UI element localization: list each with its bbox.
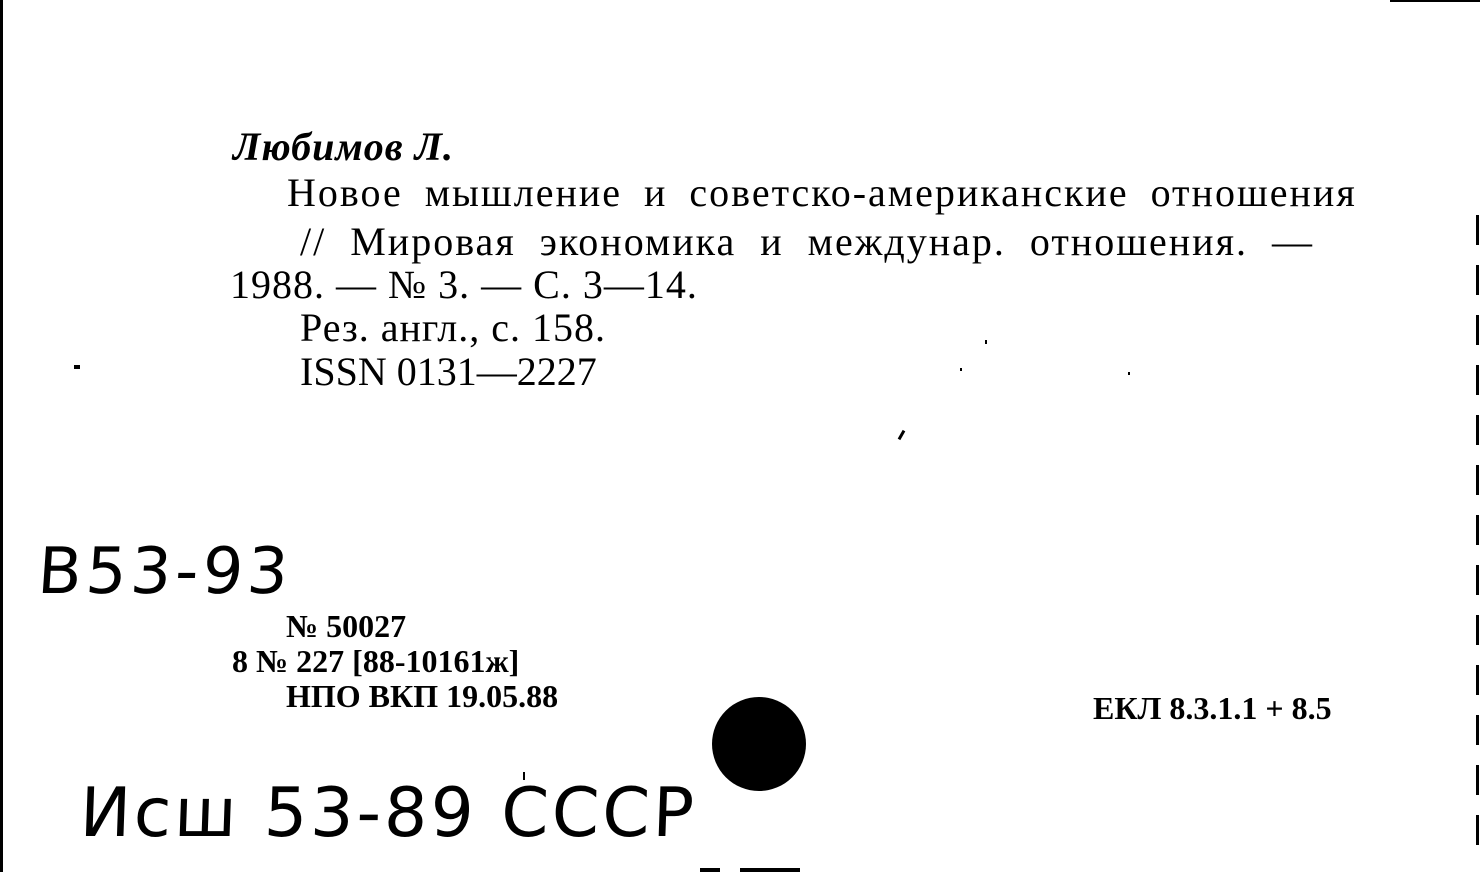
handwritten-shelf-mark: B53-93 bbox=[36, 540, 294, 604]
card-edge-right bbox=[1476, 215, 1479, 865]
scan-speck bbox=[1128, 372, 1130, 375]
accession-number: № 50027 bbox=[286, 610, 406, 642]
classification-code: ЕКЛ 8.3.1.1 + 8.5 bbox=[1093, 692, 1332, 724]
issn-number: ISSN 0131—2227 bbox=[300, 352, 597, 392]
scan-speck bbox=[74, 365, 80, 369]
title-line-3: 1988. — № 3. — С. 3—14. bbox=[230, 265, 698, 305]
scan-speck bbox=[960, 368, 962, 371]
author-heading: Любимов Л. bbox=[233, 127, 454, 167]
punch-hole bbox=[712, 697, 806, 791]
title-line-2: // Мировая экономика и междунар. отношен… bbox=[300, 222, 1314, 262]
scan-speck bbox=[985, 340, 987, 344]
scan-speck bbox=[898, 430, 906, 440]
summary-note: Рез. англ., с. 158. bbox=[300, 308, 606, 348]
card-edge-top bbox=[1390, 0, 1480, 2]
handwritten-note: Исш 53-89 СССР bbox=[79, 780, 698, 848]
catalog-card: Любимов Л. Новое мышление и советско-аме… bbox=[0, 0, 1480, 872]
card-edge-left bbox=[0, 0, 3, 872]
scan-speck bbox=[523, 772, 525, 780]
title-line-1: Новое мышление и советско-американские о… bbox=[287, 173, 1357, 213]
batch-number: 8 № 227 [88-10161ж] bbox=[232, 645, 519, 677]
organization-date: НПО ВКП 19.05.88 bbox=[286, 680, 558, 712]
card-edge-bottom bbox=[0, 868, 1480, 872]
